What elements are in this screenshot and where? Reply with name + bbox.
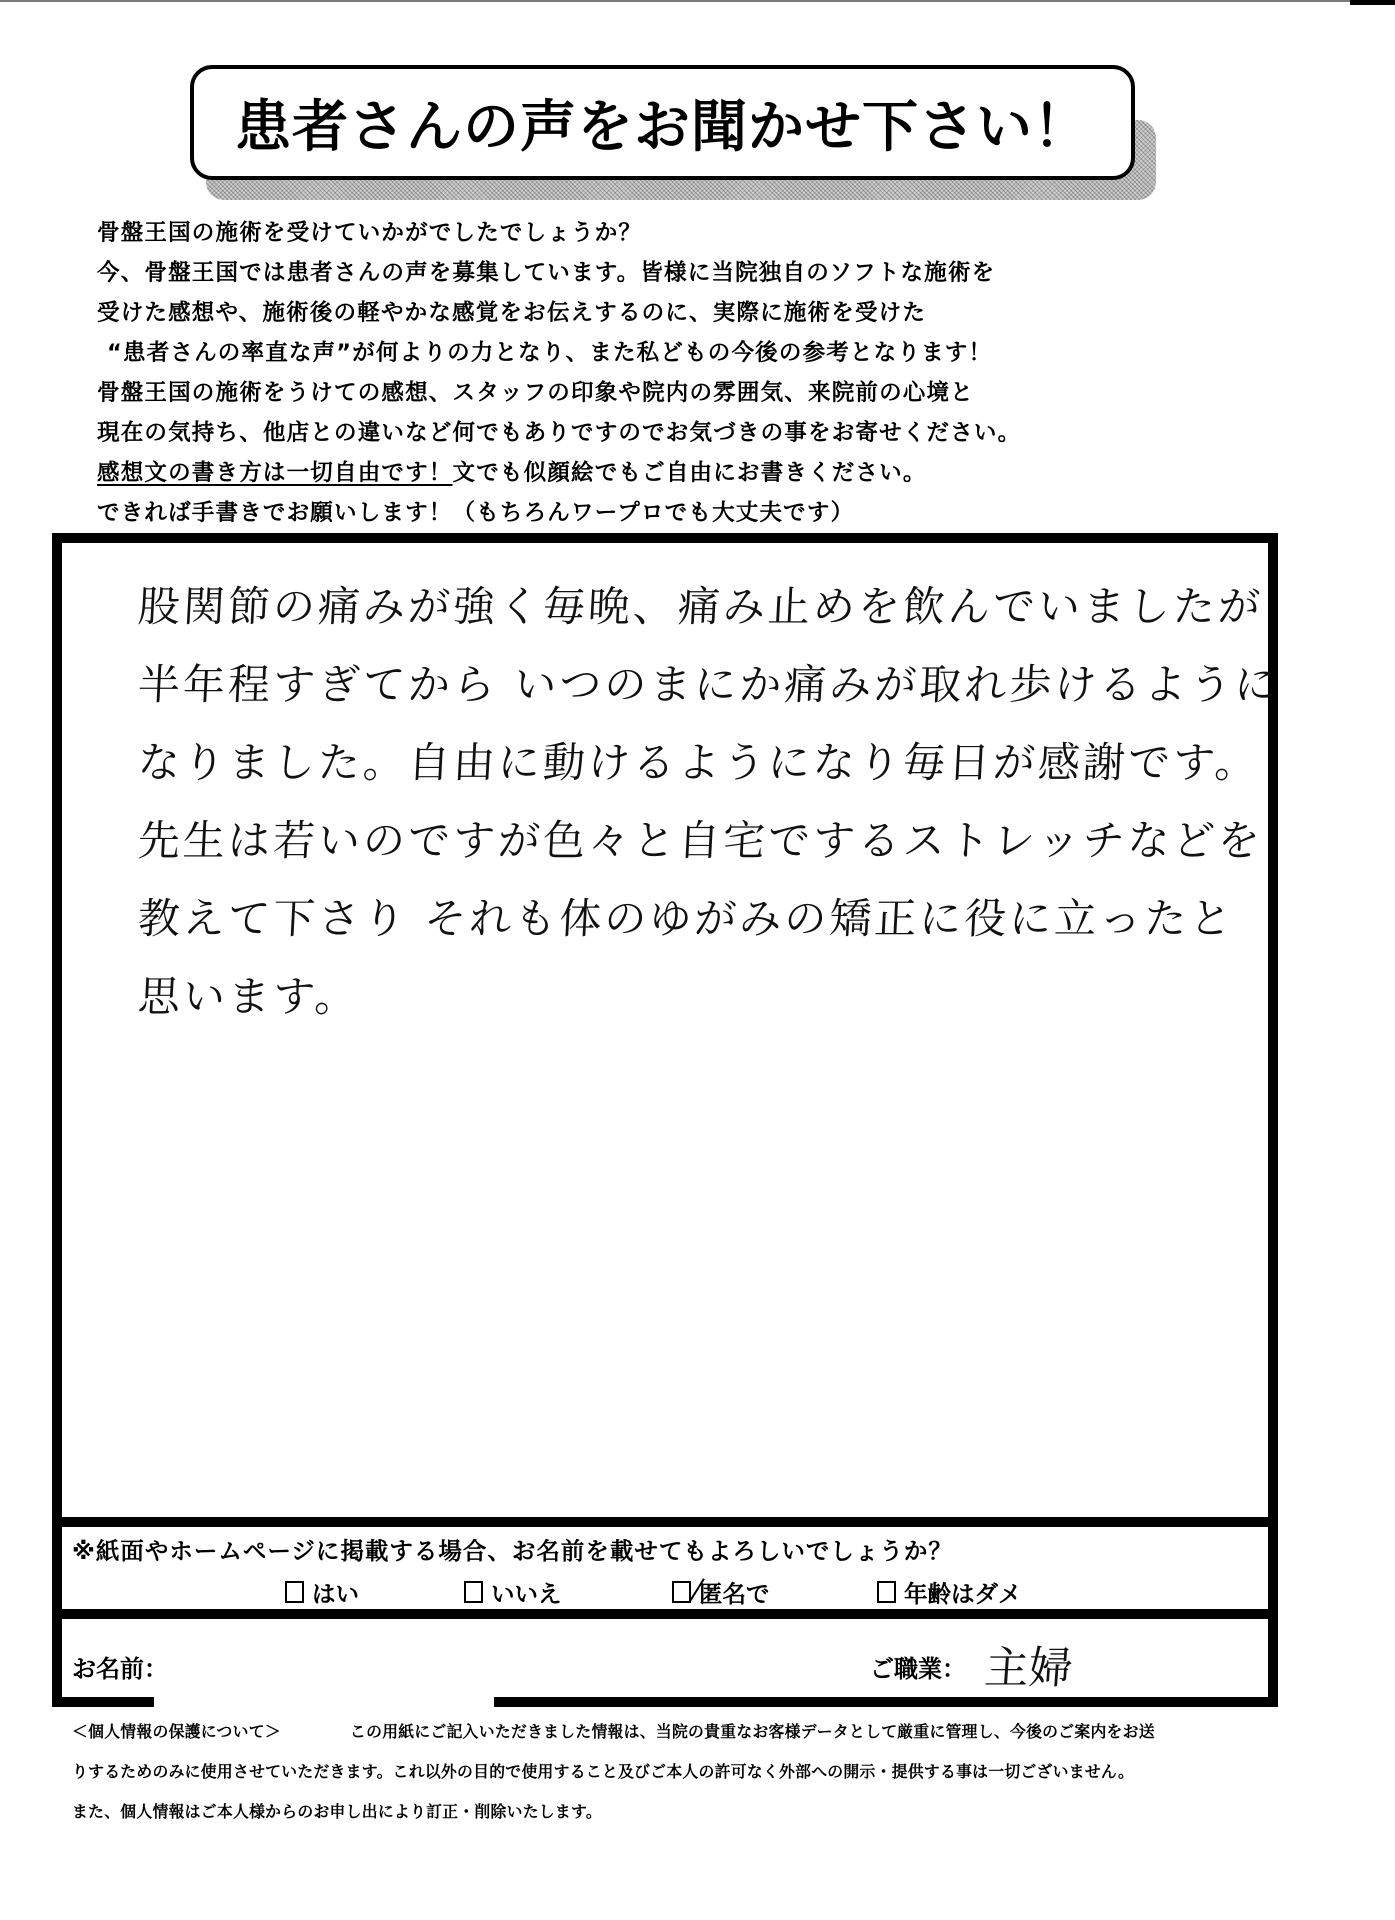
intro-line: 骨盤王国の施術をうけての感想、スタッフの印象や院内の雰囲気、来院前の心境と: [97, 373, 1297, 413]
checkbox-yes[interactable]: [285, 1581, 304, 1603]
checkbox-anonymous-checked[interactable]: [672, 1581, 691, 1603]
scan-edge: [0, 0, 1395, 2]
intro-line: “患者さんの率直な声”が何よりの力となり、また私どもの今後の参考となります！: [97, 333, 1297, 373]
option-no-age-label: 年齢はダメ: [904, 1575, 1022, 1609]
privacy-notice: ＜個人情報の保護について＞この用紙にご記入いただきました情報は、当院の貴重なお客…: [72, 1720, 1312, 1840]
form-bottom-border: [52, 1697, 154, 1707]
comment-line: 先生は若いのですが色々と自宅でするストレッチなどを: [136, 802, 1250, 880]
intro-line: 受けた感想や、施術後の軽やかな感覚をお伝えするのに、実際に施術を受けた: [97, 293, 1297, 333]
option-no-age[interactable]: 年齢はダメ: [877, 1575, 1022, 1609]
checkbox-no-age[interactable]: [877, 1581, 896, 1603]
privacy-line: ＜個人情報の保護について＞この用紙にご記入いただきました情報は、当院の貴重なお客…: [72, 1720, 1312, 1760]
free-style-emphasis: 感想文の書き方は一切自由です！: [97, 460, 453, 486]
section-divider: [52, 1517, 1278, 1527]
free-style-text: 文でも似顔絵でもご自由にお書きください。: [453, 460, 927, 486]
intro-line-free-style: 感想文の書き方は一切自由です！文でも似顔絵でもご自由にお書きください。: [97, 453, 1297, 493]
scan-corner-mark: [1350, 0, 1395, 5]
comment-line: なりました。自由に動けるようになり毎日が感謝です。: [136, 724, 1250, 802]
name-label: お名前：: [72, 1649, 168, 1684]
option-no-label: いいえ: [491, 1575, 562, 1609]
option-yes[interactable]: はい: [285, 1575, 359, 1609]
consent-options: はい いいえ 匿名で 年齢はダメ: [0, 1575, 1395, 1611]
intro-line: 骨盤王国の施術を受けていかがでしたでしょうか？: [97, 213, 1297, 253]
occupation-value[interactable]: 主婦: [983, 1632, 1075, 1696]
occupation-label: ご職業：: [870, 1649, 966, 1684]
checkbox-no[interactable]: [464, 1581, 483, 1603]
option-yes-label: はい: [312, 1575, 359, 1609]
handwriting-request: できれば手書きでお願いします！（もちろんワープロでも大丈夫です）: [97, 493, 1297, 533]
consent-question: ※紙面やホームページに掲載する場合、お名前を載せてもよろしいでしょうか？: [72, 1532, 953, 1566]
privacy-line: また、個人情報はご本人様からのお申し出により訂正・削除いたします。: [72, 1800, 1312, 1840]
privacy-heading: ＜個人情報の保護について＞: [72, 1720, 350, 1744]
handwritten-comment[interactable]: 股関節の痛みが強く毎晩、痛み止めを飲んでいましたが 半年程すぎてから いつのまに…: [138, 568, 1248, 1036]
intro-line: 現在の気持ち、他店との違いなど何でもありですのでお気づきの事をお寄せください。: [97, 413, 1297, 453]
comment-line: 股関節の痛みが強く毎晩、痛み止めを飲んでいましたが: [136, 568, 1250, 646]
comment-line: 半年程すぎてから いつのまにか痛みが取れ歩けるように: [136, 646, 1250, 724]
comment-line: 教えて下さり それも体のゆがみの矯正に役に立ったと: [136, 880, 1250, 958]
page-title: 患者さんの声をお聞かせ下さい！: [235, 83, 1090, 163]
privacy-text: この用紙にご記入いただきました情報は、当院の貴重なお客様データとして厳重に管理し…: [350, 1722, 1155, 1741]
option-anonymous[interactable]: 匿名で: [672, 1575, 770, 1609]
intro-paragraph: 骨盤王国の施術を受けていかがでしたでしょうか？ 今、骨盤王国では患者さんの声を募…: [97, 213, 1297, 533]
form-bottom-border: [494, 1697, 1278, 1707]
privacy-line: りするためのみに使用させていただきます。これ以外の目的で使用すること及びご本人の…: [72, 1760, 1312, 1800]
comment-line: 思います。: [136, 958, 1250, 1036]
option-anonymous-label: 匿名で: [699, 1575, 770, 1609]
option-no[interactable]: いいえ: [464, 1575, 562, 1609]
intro-line: 今、骨盤王国では患者さんの声を募集しています。皆様に当院独自のソフトな施術を: [97, 253, 1297, 293]
title-banner: 患者さんの声をお聞かせ下さい！: [190, 65, 1135, 180]
